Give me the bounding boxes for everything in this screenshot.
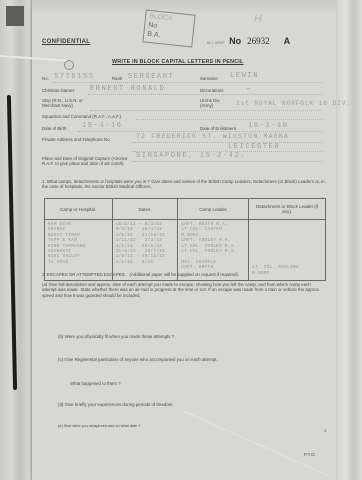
escape-report-form: CONFIDENTIAL BLOCK No B.A. H M.I. 9/S/P.… (32, 0, 336, 480)
file-grommet (64, 60, 74, 70)
christian-names-value: ERNEST RONALD (90, 85, 165, 93)
camps-table: Camp or Hospital. Dates. Camp Leader. De… (44, 198, 326, 281)
question-2c: (c) Give Regimental particulars of anyon… (58, 357, 218, 362)
dob-value: 19-4-16 (82, 122, 123, 130)
block-leader-value: LT. COL. RUDLING R.NORF. (252, 266, 322, 277)
question-2b: (b) Were you physically fit when you mad… (58, 334, 174, 339)
file-stack-right-edge (334, 0, 362, 480)
unit-value: 1st ROYAL NORFOLK 18 DIV. (236, 100, 351, 107)
table-header-row: Camp or Hospital. Dates. Camp Leader. De… (45, 199, 326, 220)
no-value: 5776155 (54, 73, 95, 81)
serial-suffix: A (284, 36, 291, 46)
column-header-dates: Dates. (112, 199, 178, 220)
ship-label: Ship (R.N., U.S.N. or Merchant Navy) (42, 98, 92, 109)
side-page-number: 3. (324, 428, 327, 433)
question-1: 1. What camps, detachments or hospitals … (42, 179, 326, 190)
block-stamp: BLOCK No B.A. (142, 9, 195, 47)
column-header-block-leader: Detachment or Block Leader (if any). (249, 199, 326, 220)
enlistment-value: 18-3-40 (248, 122, 289, 130)
dob-label: Date of Birth (42, 126, 66, 131)
form-instruction-heading: WRITE IN BLOCK CAPITAL LETTERS IN PENCIL (112, 59, 243, 65)
column-header-camp-leader: Camp Leader. (178, 199, 249, 220)
list-item: TA SOAO (48, 261, 109, 266)
question-2-heading: 2. ESCAPES OR ATTEMPTED ESCAPES. (42, 272, 126, 277)
question-2e: (e) How were you recaptured and on what … (58, 424, 140, 428)
number-label: No (229, 36, 241, 46)
pencil-annotation: H (254, 13, 262, 25)
form-number: M.I. 9/S/P.No26932A (207, 36, 290, 46)
list-item: 1/1/44 - 8/45 (116, 261, 175, 266)
question-2-note: (Additional paper will be supplied on re… (130, 272, 240, 277)
address-line-2: LEICESTER (228, 143, 280, 151)
list-item: CAPT. SMITH (181, 266, 245, 271)
decorations-label: Decorations (200, 88, 223, 93)
squadron-label: Squadron and Command (R.A.F., A.A.F.) (42, 114, 121, 119)
block-leader-cell: LT. COL. RUDLING R.NORF. (249, 220, 326, 281)
folder-edge-shadow (7, 95, 17, 390)
file-tab (6, 6, 24, 26)
question-2a: (a) Give full description and approx. da… (42, 282, 326, 298)
address-label: Private Address and Telephone No. (42, 137, 111, 142)
list-item: LT.COL. TOOLEY R.A. (181, 250, 245, 255)
capture-value: SINGAPORE, 15-2-42. (136, 152, 246, 160)
question-2c-follow-up: What happened to them ? (70, 381, 121, 386)
decorations-value: — (246, 85, 252, 93)
page-top-edge (32, 0, 336, 14)
file-stack-left-edge (0, 0, 36, 480)
column-header-camp: Camp or Hospital. (45, 199, 113, 220)
surname-value: LEWIN (230, 72, 259, 80)
list-item: LT.COL. CARTER R.NORF. (181, 228, 245, 239)
address-line-1: 72 FREDERICK ST. WIGSTON MAGNA (136, 133, 289, 140)
capture-label: Place and Date of Original Capture (Airc… (42, 156, 130, 167)
rank-value: SERGEANT (128, 73, 174, 81)
paper-glare (182, 410, 329, 476)
classification-label: CONFIDENTIAL (42, 39, 90, 45)
unit-label: Unit & Div. (Army) (200, 98, 234, 109)
please-turn-over: P.T.O. (304, 452, 316, 457)
rank-label: Rank (112, 76, 122, 81)
surname-label: Surname (200, 76, 218, 81)
christian-names-label: Christian Names (42, 88, 74, 93)
no-label: No. (42, 76, 49, 81)
serial-number: 26932 (247, 36, 270, 46)
question-2-title: 2. ESCAPES OR ATTEMPTED ESCAPES. (Additi… (42, 272, 239, 277)
form-reference: M.I. 9/S/P. (207, 40, 225, 45)
question-2d: (d) Give briefly your experiences during… (58, 402, 174, 407)
